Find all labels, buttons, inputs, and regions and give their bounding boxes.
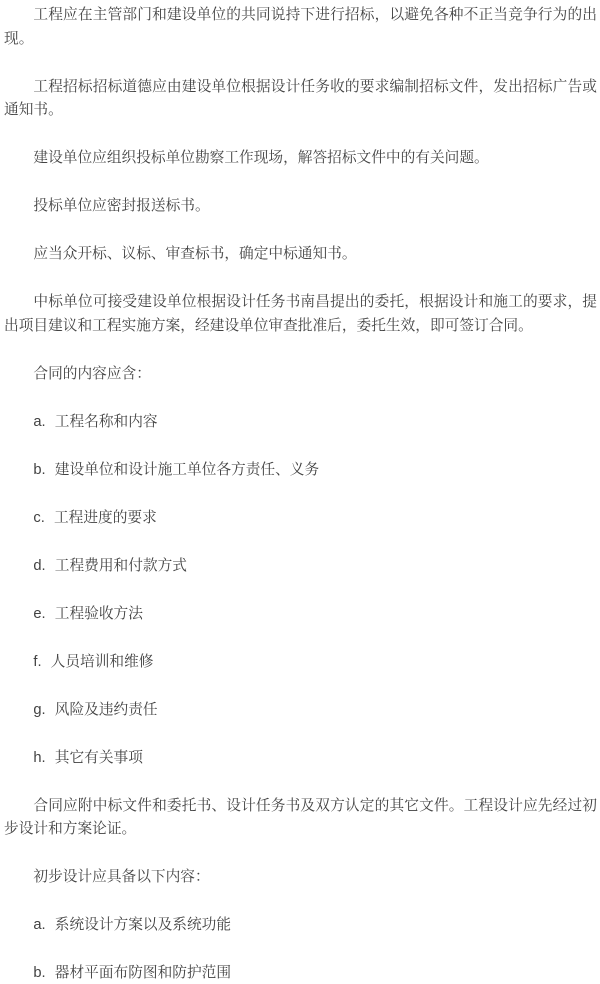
list-item-text: 其它有关事项	[55, 750, 143, 766]
list-item-marker: a.	[33, 917, 45, 933]
list-item-text: 器材平面布防图和防护范围	[55, 965, 231, 981]
list-item-text: 建设单位和设计施工单位各方责任、义务	[55, 462, 319, 478]
paragraph: 初步设计应具备以下内容：	[4, 866, 597, 890]
list-item: d.工程费用和付款方式	[4, 555, 597, 579]
list-item-marker: e.	[33, 606, 45, 622]
list-item-marker: c.	[33, 510, 44, 526]
list-item-marker: f.	[33, 654, 41, 670]
paragraph: 合同应附中标文件和委托书、设计任务书及双方认定的其它文件。工程设计应先经过初步设…	[4, 795, 597, 842]
list-item-marker: d.	[33, 558, 45, 574]
paragraph: 合同的内容应含：	[4, 363, 597, 387]
list-item-text: 工程验收方法	[55, 606, 143, 622]
paragraph: 投标单位应密封报送标书。	[4, 195, 597, 219]
list-item-text: 工程名称和内容	[55, 414, 158, 430]
list-item-marker: h.	[33, 750, 45, 766]
list-item: b.建设单位和设计施工单位各方责任、义务	[4, 459, 597, 483]
list-item-text: 系统设计方案以及系统功能	[55, 917, 231, 933]
list-item-marker: b.	[33, 965, 45, 981]
paragraph: 工程应在主管部门和建设单位的共同说持下进行招标，以避免各种不正当竞争行为的出现。	[4, 4, 597, 51]
paragraph: 中标单位可接受建设单位根据设计任务书南昌提出的委托，根据设计和施工的要求，提出项…	[4, 291, 597, 338]
list-item-marker: b.	[33, 462, 45, 478]
list-item-marker: g.	[33, 702, 45, 718]
list-item: a.工程名称和内容	[4, 411, 597, 435]
list-item: h.其它有关事项	[4, 747, 597, 771]
list-item: a.系统设计方案以及系统功能	[4, 914, 597, 938]
list-item: b.器材平面布防图和防护范围	[4, 962, 597, 984]
paragraph: 建设单位应组织投标单位勘察工作现场，解答招标文件中的有关问题。	[4, 147, 597, 171]
document-page: 工程应在主管部门和建设单位的共同说持下进行招标，以避免各种不正当竞争行为的出现。…	[0, 0, 600, 984]
list-item-text: 人员培训和维修	[51, 654, 154, 670]
paragraph: 工程招标招标道德应由建设单位根据设计任务收的要求编制招标文件，发出招标广告或通知…	[4, 76, 597, 123]
list-item: g.风险及违约责任	[4, 699, 597, 723]
list-item: f.人员培训和维修	[4, 651, 597, 675]
list-item-text: 风险及违约责任	[55, 702, 158, 718]
list-item: e.工程验收方法	[4, 603, 597, 627]
list-item: c.工程进度的要求	[4, 507, 597, 531]
paragraph: 应当众开标、议标、审查标书，确定中标通知书。	[4, 243, 597, 267]
list-item-marker: a.	[33, 414, 45, 430]
list-item-text: 工程进度的要求	[54, 510, 157, 526]
list-item-text: 工程费用和付款方式	[55, 558, 187, 574]
